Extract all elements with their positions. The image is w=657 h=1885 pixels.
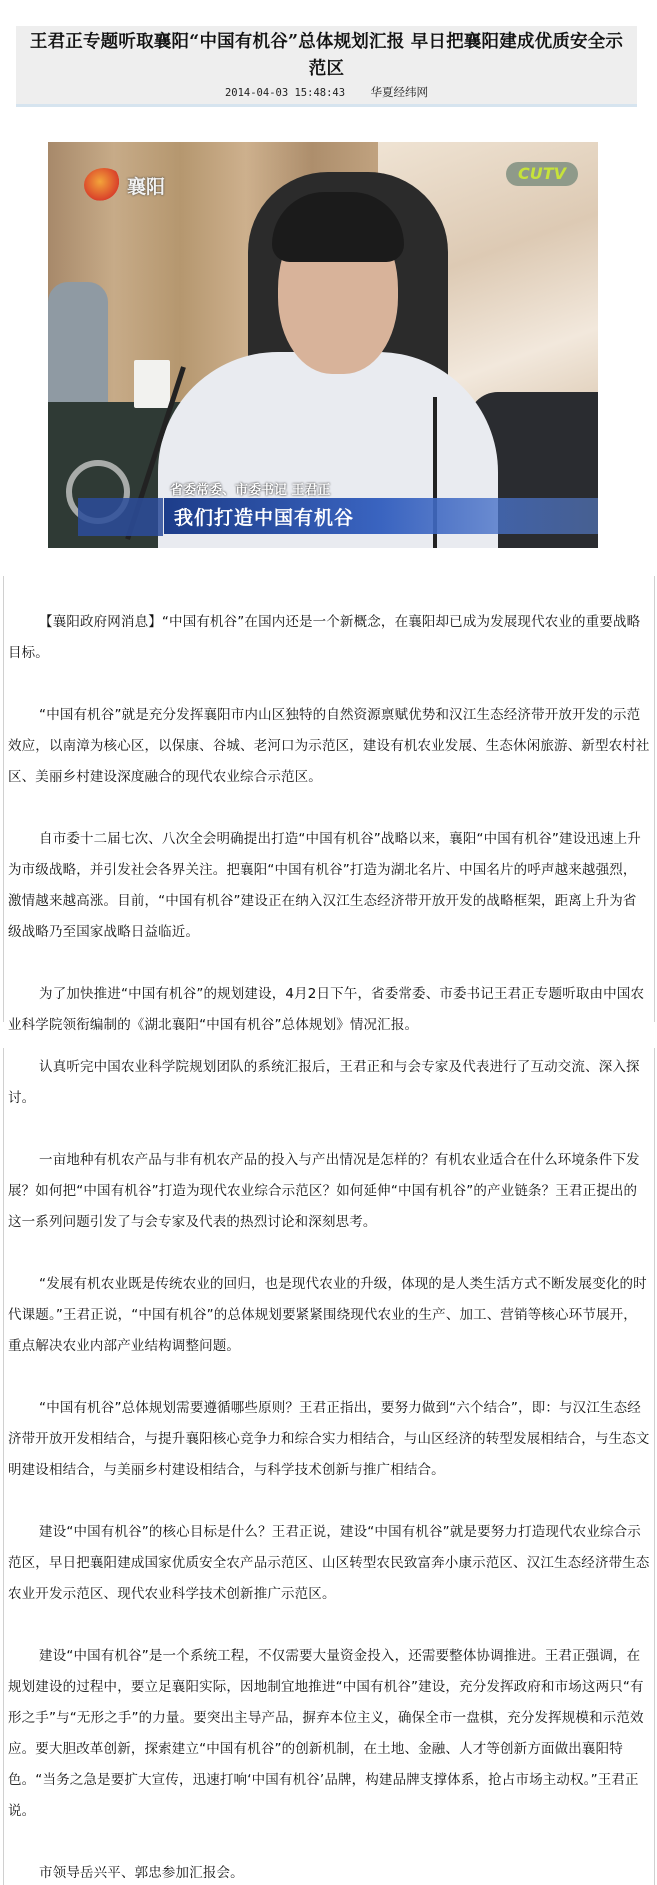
- paragraph: 为了加快推进“中国有机谷”的规划建设，4月2日下午，省委常委、市委书记王君正专题…: [4, 979, 654, 1041]
- paragraph: “中国有机谷”总体规划需要遵循哪些原则？王君正指出，要努力做到“六个结合”，即：…: [4, 1393, 654, 1486]
- paragraph: 市领导岳兴平、郭忠参加汇报会。: [4, 1858, 654, 1885]
- article-source: 华夏经纬网: [371, 85, 429, 99]
- paragraph: 建设“中国有机谷”是一个系统工程，不仅需要大量资金投入，还需要整体协调推进。王君…: [4, 1641, 654, 1827]
- lower-third-speaker-title: 省委常委、市委书记 王君正: [170, 479, 331, 498]
- paragraph: 建设“中国有机谷”的核心目标是什么？王君正说，建设“中国有机谷”就是要努力打造现…: [4, 1517, 654, 1610]
- lower-third-headline: 我们打造中国有机谷: [174, 503, 354, 530]
- cutv-logo: CUTV: [506, 162, 578, 186]
- station-logo-icon: [84, 168, 124, 202]
- tv-lower-third: 省委常委、市委书记 王君正 我们打造中国有机谷: [78, 498, 598, 534]
- lower-third-logo-box: [78, 498, 163, 536]
- paragraph: “发展有机农业既是传统农业的回归，也是现代农业的升级，体现的是人类生活方式不断发…: [4, 1269, 654, 1362]
- paragraph: 一亩地种有机农产品与非有机农产品的投入与产出情况是怎样的？有机农业适合在什么环境…: [4, 1145, 654, 1238]
- article-body-part-2: 认真听完中国农业科学院规划团队的系统汇报后，王君正和与会专家及代表进行了互动交流…: [3, 1048, 655, 1885]
- photo-chair: [48, 282, 108, 402]
- photo-speaker-hair: [272, 192, 404, 262]
- station-logo-text: 襄阳: [127, 172, 165, 199]
- paragraph: 【襄阳政府网消息】“中国有机谷”在国内还是一个新概念，在襄阳却已成为发展现代农业…: [4, 607, 654, 669]
- article-header: 王君正专题听取襄阳“中国有机谷”总体规划汇报 早日把襄阳建成优质安全示范区 20…: [16, 26, 637, 107]
- station-logo: 襄阳: [84, 168, 165, 202]
- photo-cup: [134, 360, 170, 408]
- article-meta: 2014-04-03 15:48:43 华夏经纬网: [16, 84, 637, 100]
- paragraph: 自市委十二届七次、八次全会明确提出打造“中国有机谷”战略以来，襄阳“中国有机谷”…: [4, 824, 654, 948]
- paragraph: “中国有机谷”就是充分发挥襄阳市内山区独特的自然资源禀赋优势和汉江生态经济带开放…: [4, 700, 654, 793]
- news-photo: 襄阳 CUTV 省委常委、市委书记 王君正 我们打造中国有机谷: [48, 142, 598, 548]
- publish-date: 2014-04-03 15:48:43: [225, 87, 345, 99]
- article-body-part-1: 【襄阳政府网消息】“中国有机谷”在国内还是一个新概念，在襄阳却已成为发展现代农业…: [3, 576, 655, 1022]
- paragraph: 认真听完中国农业科学院规划团队的系统汇报后，王君正和与会专家及代表进行了互动交流…: [4, 1052, 654, 1114]
- article-title: 王君正专题听取襄阳“中国有机谷”总体规划汇报 早日把襄阳建成优质安全示范区: [16, 26, 637, 83]
